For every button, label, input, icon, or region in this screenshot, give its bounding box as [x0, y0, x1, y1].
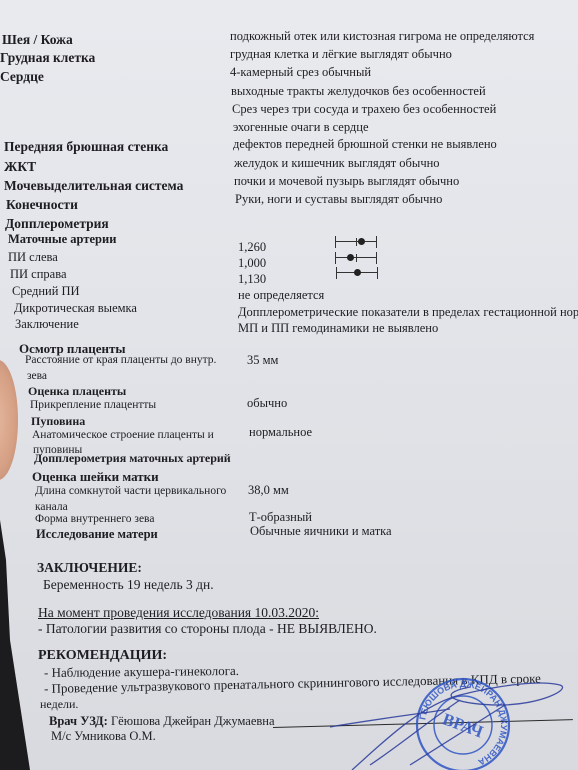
value-neck-skin: подкожный отек или кистозная гигрома не …	[230, 30, 534, 43]
value-abdominal-wall: дефектов передней брюшной стенки не выяв…	[233, 138, 497, 151]
cervix-length-label-2: канала	[35, 502, 68, 514]
value-heart-4: эхогенные очаги в сердце	[233, 121, 369, 134]
conclusion-pregnancy: Беременность 19 недель 3 дн.	[43, 578, 214, 592]
doppler-conclusion-line-2: МП и ПП гемодинамики не выявлено	[238, 322, 438, 335]
label-chest: Грудная клетка	[0, 51, 95, 65]
range-max-cap	[376, 252, 377, 264]
doppler-value-dicrotic: не определяется	[238, 289, 324, 302]
range-value-dot	[358, 238, 365, 245]
placenta-attachment-label: Прикрепление плацентты	[30, 400, 156, 412]
maternal-value: Обычные яичники и матка	[250, 525, 392, 538]
value-heart-2: выходные тракты желудочков без особеннос…	[231, 85, 486, 98]
doppler-label-right-pi: ПИ справа	[10, 268, 67, 281]
label-gi: ЖКТ	[4, 160, 36, 174]
doppler-conclusion-line-1: Допплерометрические показатели в предела…	[238, 306, 578, 319]
conclusion-date-line: На момент проведения исследования 10.03.…	[38, 606, 319, 620]
doppler-value-right-pi: 1,000	[238, 257, 266, 270]
label-limbs: Конечности	[6, 198, 78, 212]
value-gi: желудок и кишечник выглядят обычно	[234, 157, 440, 170]
doctor-name: Гёюшова Джейран Джумаевна	[111, 714, 275, 728]
recommendations-title: РЕКОМЕНДАЦИИ:	[38, 649, 167, 663]
placenta-distance-label-1: Расстояние от края плаценты до внутр.	[25, 355, 216, 367]
doppler-subtitle: Маточные артерии	[8, 233, 116, 246]
range-value-dot	[347, 254, 354, 261]
value-heart-3: Срез через три сосуда и трахею без особе…	[232, 103, 496, 116]
label-heart: Сердце	[0, 70, 44, 84]
range-max-cap	[377, 267, 378, 279]
recommendation-item-3: недели.	[40, 698, 78, 710]
doppler-label-left-pi: ПИ слева	[8, 251, 58, 264]
placenta-attachment-value: обычно	[247, 397, 287, 410]
cervix-length-value: 38,0 мм	[248, 484, 289, 497]
range-reference-tick	[356, 254, 357, 262]
anatomy-value: нормальное	[249, 426, 312, 439]
maternal-title: Исследование матери	[36, 528, 158, 541]
placenta-assessment-title: Оценка плаценты	[28, 385, 126, 397]
label-urinary: Мочевыделительная система	[4, 179, 183, 193]
value-limbs: Руки, ноги и суставы выглядят обычно	[235, 193, 442, 206]
conclusion-pathology: - Патологии развития со стороны плода - …	[38, 622, 377, 636]
range-reference-tick	[356, 238, 357, 246]
pi-right-range-indicator	[335, 252, 377, 264]
doppler-value-left-pi: 1,260	[238, 241, 266, 254]
doctor-stamp-icon: ГЁЮШОВА ДЖЕЙРАН ДЖУМАЕВНА ВРАЧ	[310, 665, 578, 770]
conclusion-title: ЗАКЛЮЧЕНИЕ:	[37, 561, 142, 575]
label-neck-skin: Шея / Кожа	[2, 33, 73, 47]
placenta-distance-value: 35 мм	[247, 354, 278, 367]
uterine-doppler-title: Допплерометрия маточных артерий	[34, 452, 231, 464]
cervix-length-label-1: Длина сомкнутой части цервикального	[35, 486, 226, 498]
report-page: Шея / Кожа подкожный отек или кистозная …	[0, 0, 578, 770]
svg-text:ВРАЧ: ВРАЧ	[440, 709, 486, 741]
doppler-label-conclusion: Заключение	[15, 318, 79, 331]
range-max-cap	[376, 236, 377, 248]
cord-title: Пуповина	[31, 415, 85, 427]
range-value-dot	[354, 269, 361, 276]
cervix-title: Оценка шейки матки	[32, 470, 159, 483]
cervix-os-label: Форма внутреннего зева	[35, 514, 154, 526]
nurse-name: М/с Умникова О.М.	[51, 730, 156, 743]
pi-left-range-indicator	[335, 236, 377, 248]
cervix-os-value: Т-образный	[249, 511, 312, 524]
doppler-label-mean-pi: Средний ПИ	[12, 285, 80, 298]
range-min-cap	[336, 267, 337, 279]
label-abdominal-wall: Передняя брюшная стенка	[4, 140, 168, 154]
doctor-label: Врач УЗД:	[49, 714, 108, 728]
value-heart-1: 4-камерный срез обычный	[230, 66, 371, 79]
doctor-line: Врач УЗД: Гёюшова Джейран Джумаевна	[49, 715, 275, 728]
doppler-title: Допплерометрия	[5, 217, 109, 231]
range-min-cap	[335, 236, 336, 248]
value-urinary: почки и мочевой пузырь выглядят обычно	[234, 175, 459, 188]
placenta-distance-label-2: зева	[27, 371, 47, 383]
doppler-label-dicrotic: Дикротическая выемка	[14, 302, 137, 315]
value-chest: грудная клетка и лёгкие выглядят обычно	[230, 48, 452, 61]
doppler-value-mean-pi: 1,130	[238, 273, 266, 286]
anatomy-label-1: Анатомическое строение плаценты и	[32, 430, 214, 442]
pi-mean-range-indicator	[336, 267, 378, 279]
range-min-cap	[335, 252, 336, 264]
